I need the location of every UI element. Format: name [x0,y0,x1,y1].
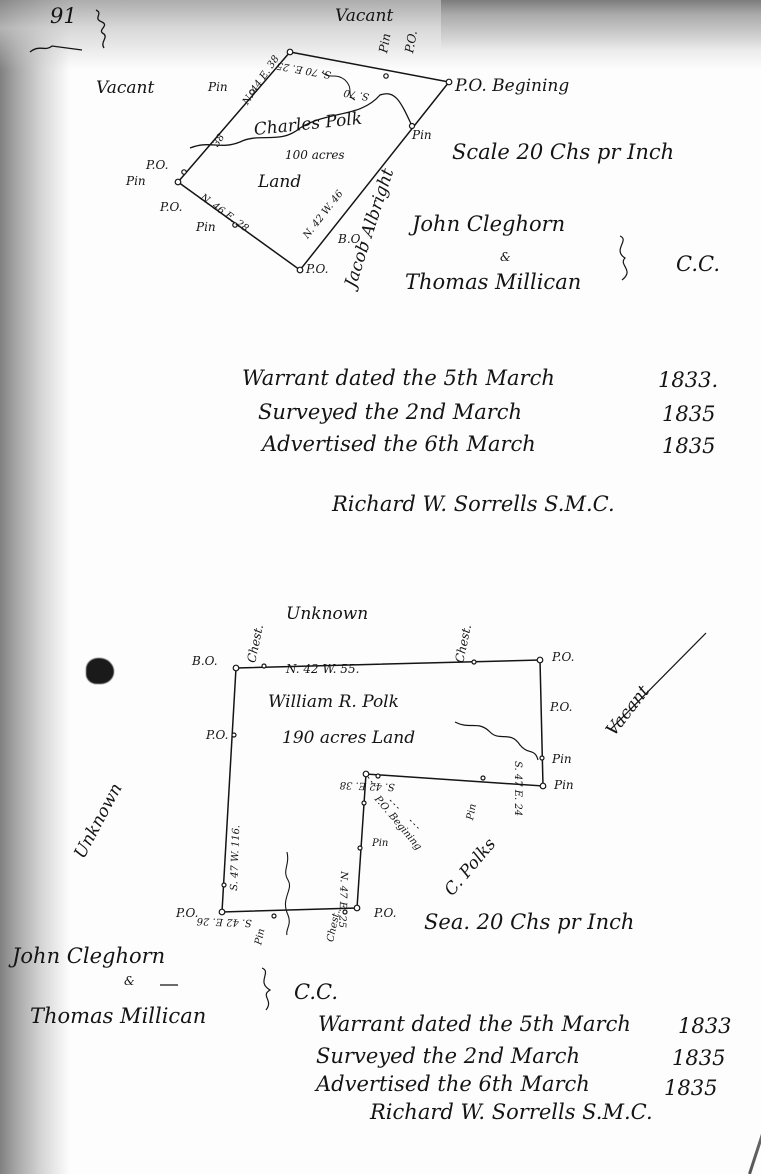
plat2-scale: Sea. 20 Chs pr Inch [424,910,634,934]
record-2-surveyor: Richard W. Sorrells S.M.C. [370,1100,653,1124]
plat1-beginning: P.O. Begining [455,76,569,96]
chain-carrier-2-name1: John Cleghorn [12,944,165,968]
chain-carrier-1-amp: & [500,250,511,264]
record-2-surveyed-year: 1835 [672,1046,725,1070]
plat2-inner-north-bearing: S. 42 E. 38 [340,779,395,792]
plat2-north-adjoiner: Unknown [286,604,368,624]
record-1-warrant-year: 1833. [658,368,718,392]
plat2-right-pin-1: Pin [552,752,572,766]
page-number: 91 [50,4,77,28]
plat2-bottom-right-po: P.O. [374,906,396,920]
plat1-bottom-po: P.O. [306,262,328,276]
record-1-advertised: Advertised the 6th March [262,432,536,456]
chain-carrier-2-amp: & [124,974,135,988]
record-2-surveyed: Surveyed the 2nd March [316,1044,580,1068]
plat2-acreage: 190 acres Land [282,728,415,748]
record-1-warrant: Warrant dated the 5th March [242,366,555,390]
record-1-advertised-year: 1835 [662,434,715,458]
plat2-top-left-bo: B.O. [192,654,218,668]
plat1-land: Land [258,172,301,192]
survey-document-page: 91 Vacant Vacant Pin Pin P.O. P.O. Begin… [0,0,761,1174]
plat2-east-bearing: S. 47 E. 24 [512,761,523,816]
plat2-owner: William R. Polk [268,692,399,712]
record-2-advertised-year: 1835 [664,1076,717,1100]
plat2-west-bearing: S. 47 W. 116. [229,825,242,891]
chain-carrier-2-name2: Thomas Millican [30,1004,206,1028]
record-2-warrant: Warrant dated the 5th March [318,1012,631,1036]
plat1-left-po: P.O. [146,158,168,172]
record-1-surveyed: Surveyed the 2nd March [258,400,522,424]
plat1-lower-pin: Pin [196,220,216,234]
plat1-scale: Scale 20 Chs pr Inch [452,140,674,164]
ink-blot [86,658,114,684]
plat1-right-pin: Pin [412,128,432,142]
chain-carrier-1-name1: John Cleghorn [412,212,565,236]
record-2-advertised: Advertised the 6th March [316,1072,590,1096]
plat2-left-po: P.O. [206,728,228,742]
chain-carrier-1-name2: Thomas Millican [405,270,581,294]
plat1-north-adjoiner: Vacant [335,6,393,26]
record-1-surveyed-year: 1835 [662,402,715,426]
plat1-left-pin: Pin [126,174,146,188]
plat2-north-bearing: N. 42 W. 55. [286,662,359,676]
plat2-south-bearing: S. 42 E. 26 [197,915,252,928]
plat2-right-po: P.O. [550,700,572,714]
chain-carrier-2-role: C.C. [294,980,338,1004]
chain-carrier-1-role: C.C. [676,252,720,276]
plat1-lower-po: P.O. [160,200,182,214]
record-1-surveyor: Richard W. Sorrells S.M.C. [332,492,615,516]
plat2-bottom-left-po: P.O. [176,906,198,920]
plat1-west-pin: Pin [208,80,228,94]
plat2-right-pin-2: Pin [554,778,574,792]
plat2-inner-pin: Pin [372,838,388,849]
plat1-acreage: 100 acres [285,148,345,162]
record-2-warrant-year: 1833 [678,1014,731,1038]
plat2-top-right-po: P.O. [552,650,574,664]
plat1-west-adjoiner: Vacant [96,78,154,98]
